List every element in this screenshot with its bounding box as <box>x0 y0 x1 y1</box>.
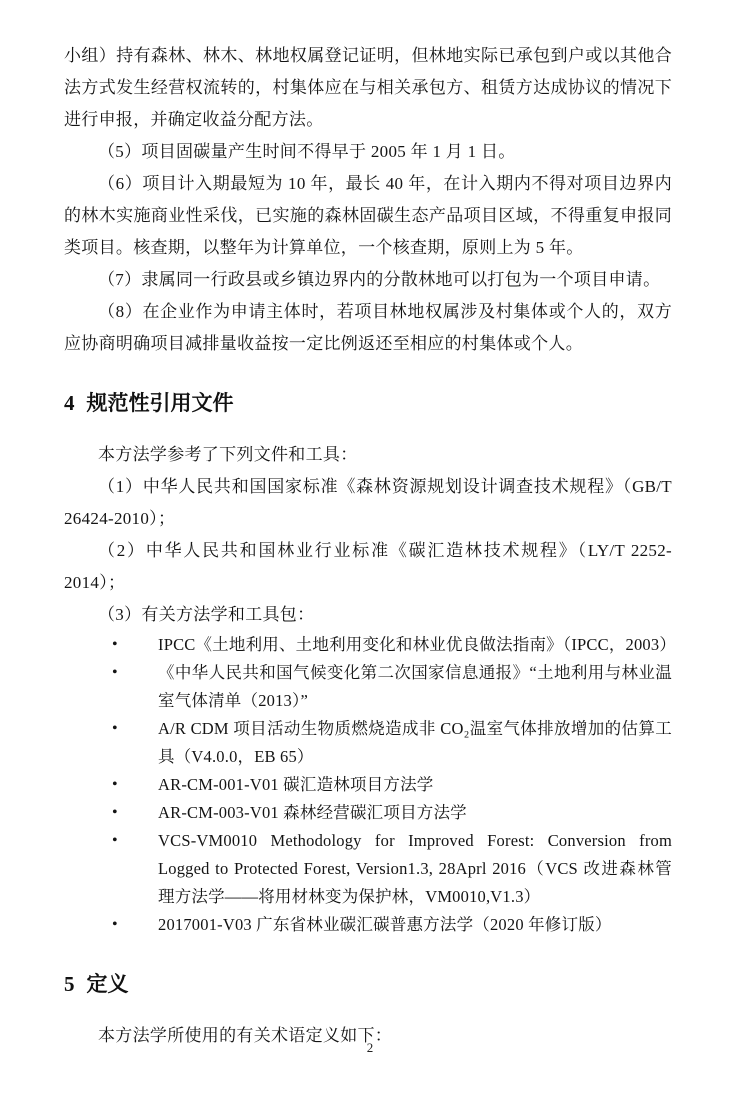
numbered-item-6: （6）项目计入期最短为 10 年，最长 40 年，在计入期内不得对项目边界内的林… <box>64 168 672 264</box>
section-4-title: 规范性引用文件 <box>87 389 234 419</box>
bullet-item: AR-CM-001-V01 碳汇造林项目方法学 <box>158 771 672 799</box>
bullet-item: 《中华人民共和国气候变化第二次国家信息通报》“土地利用与林业温室气体清单（201… <box>158 659 672 715</box>
section-5-number: 5 <box>64 969 75 999</box>
reference-item-2: （2）中华人民共和国林业行业标准《碳汇造林技术规程》（LY/T 2252-201… <box>64 535 672 599</box>
section-4-intro: 本方法学参考了下列文件和工具： <box>64 439 672 471</box>
bullet-item: IPCC《土地利用、土地利用变化和林业优良做法指南》（IPCC，2003） <box>158 631 672 659</box>
section-4-heading: 4 规范性引用文件 <box>64 388 672 419</box>
document-page: 小组）持有森林、林木、林地权属登记证明，但林地实际已承包到户或以其他合法方式发生… <box>0 0 740 1098</box>
reference-item-1: （1）中华人民共和国国家标准《森林资源规划设计调查技术规程》（GB/T 2642… <box>64 471 672 535</box>
methodology-bullet-list: IPCC《土地利用、土地利用变化和林业优良做法指南》（IPCC，2003） 《中… <box>64 631 672 939</box>
section-5-title: 定义 <box>87 970 129 1000</box>
numbered-item-8: （8）在企业作为申请主体时，若项目林地权属涉及村集体或个人的，双方应协商明确项目… <box>64 296 672 360</box>
page-number: 2 <box>0 1040 740 1056</box>
continuation-paragraph: 小组）持有森林、林木、林地权属登记证明，但林地实际已承包到户或以其他合法方式发生… <box>64 40 672 136</box>
bullet-item: A/R CDM 项目活动生物质燃烧造成非 CO₂温室气体排放增加的估算工具（V4… <box>158 715 672 771</box>
numbered-item-5: （5）项目固碳量产生时间不得早于 2005 年 1 月 1 日。 <box>64 136 672 168</box>
section-4-number: 4 <box>64 388 75 418</box>
bullet-item: 2017001-V03 广东省林业碳汇碳普惠方法学（2020 年修订版） <box>158 911 672 939</box>
reference-item-3: （3）有关方法学和工具包： <box>64 599 672 631</box>
bullet-item: VCS-VM0010 Methodology for Improved Fore… <box>158 827 672 911</box>
bullet-item: AR-CM-003-V01 森林经营碳汇项目方法学 <box>158 799 672 827</box>
numbered-item-7: （7）隶属同一行政县或乡镇边界内的分散林地可以打包为一个项目申请。 <box>64 264 672 296</box>
section-5-heading: 5 定义 <box>64 969 672 1000</box>
